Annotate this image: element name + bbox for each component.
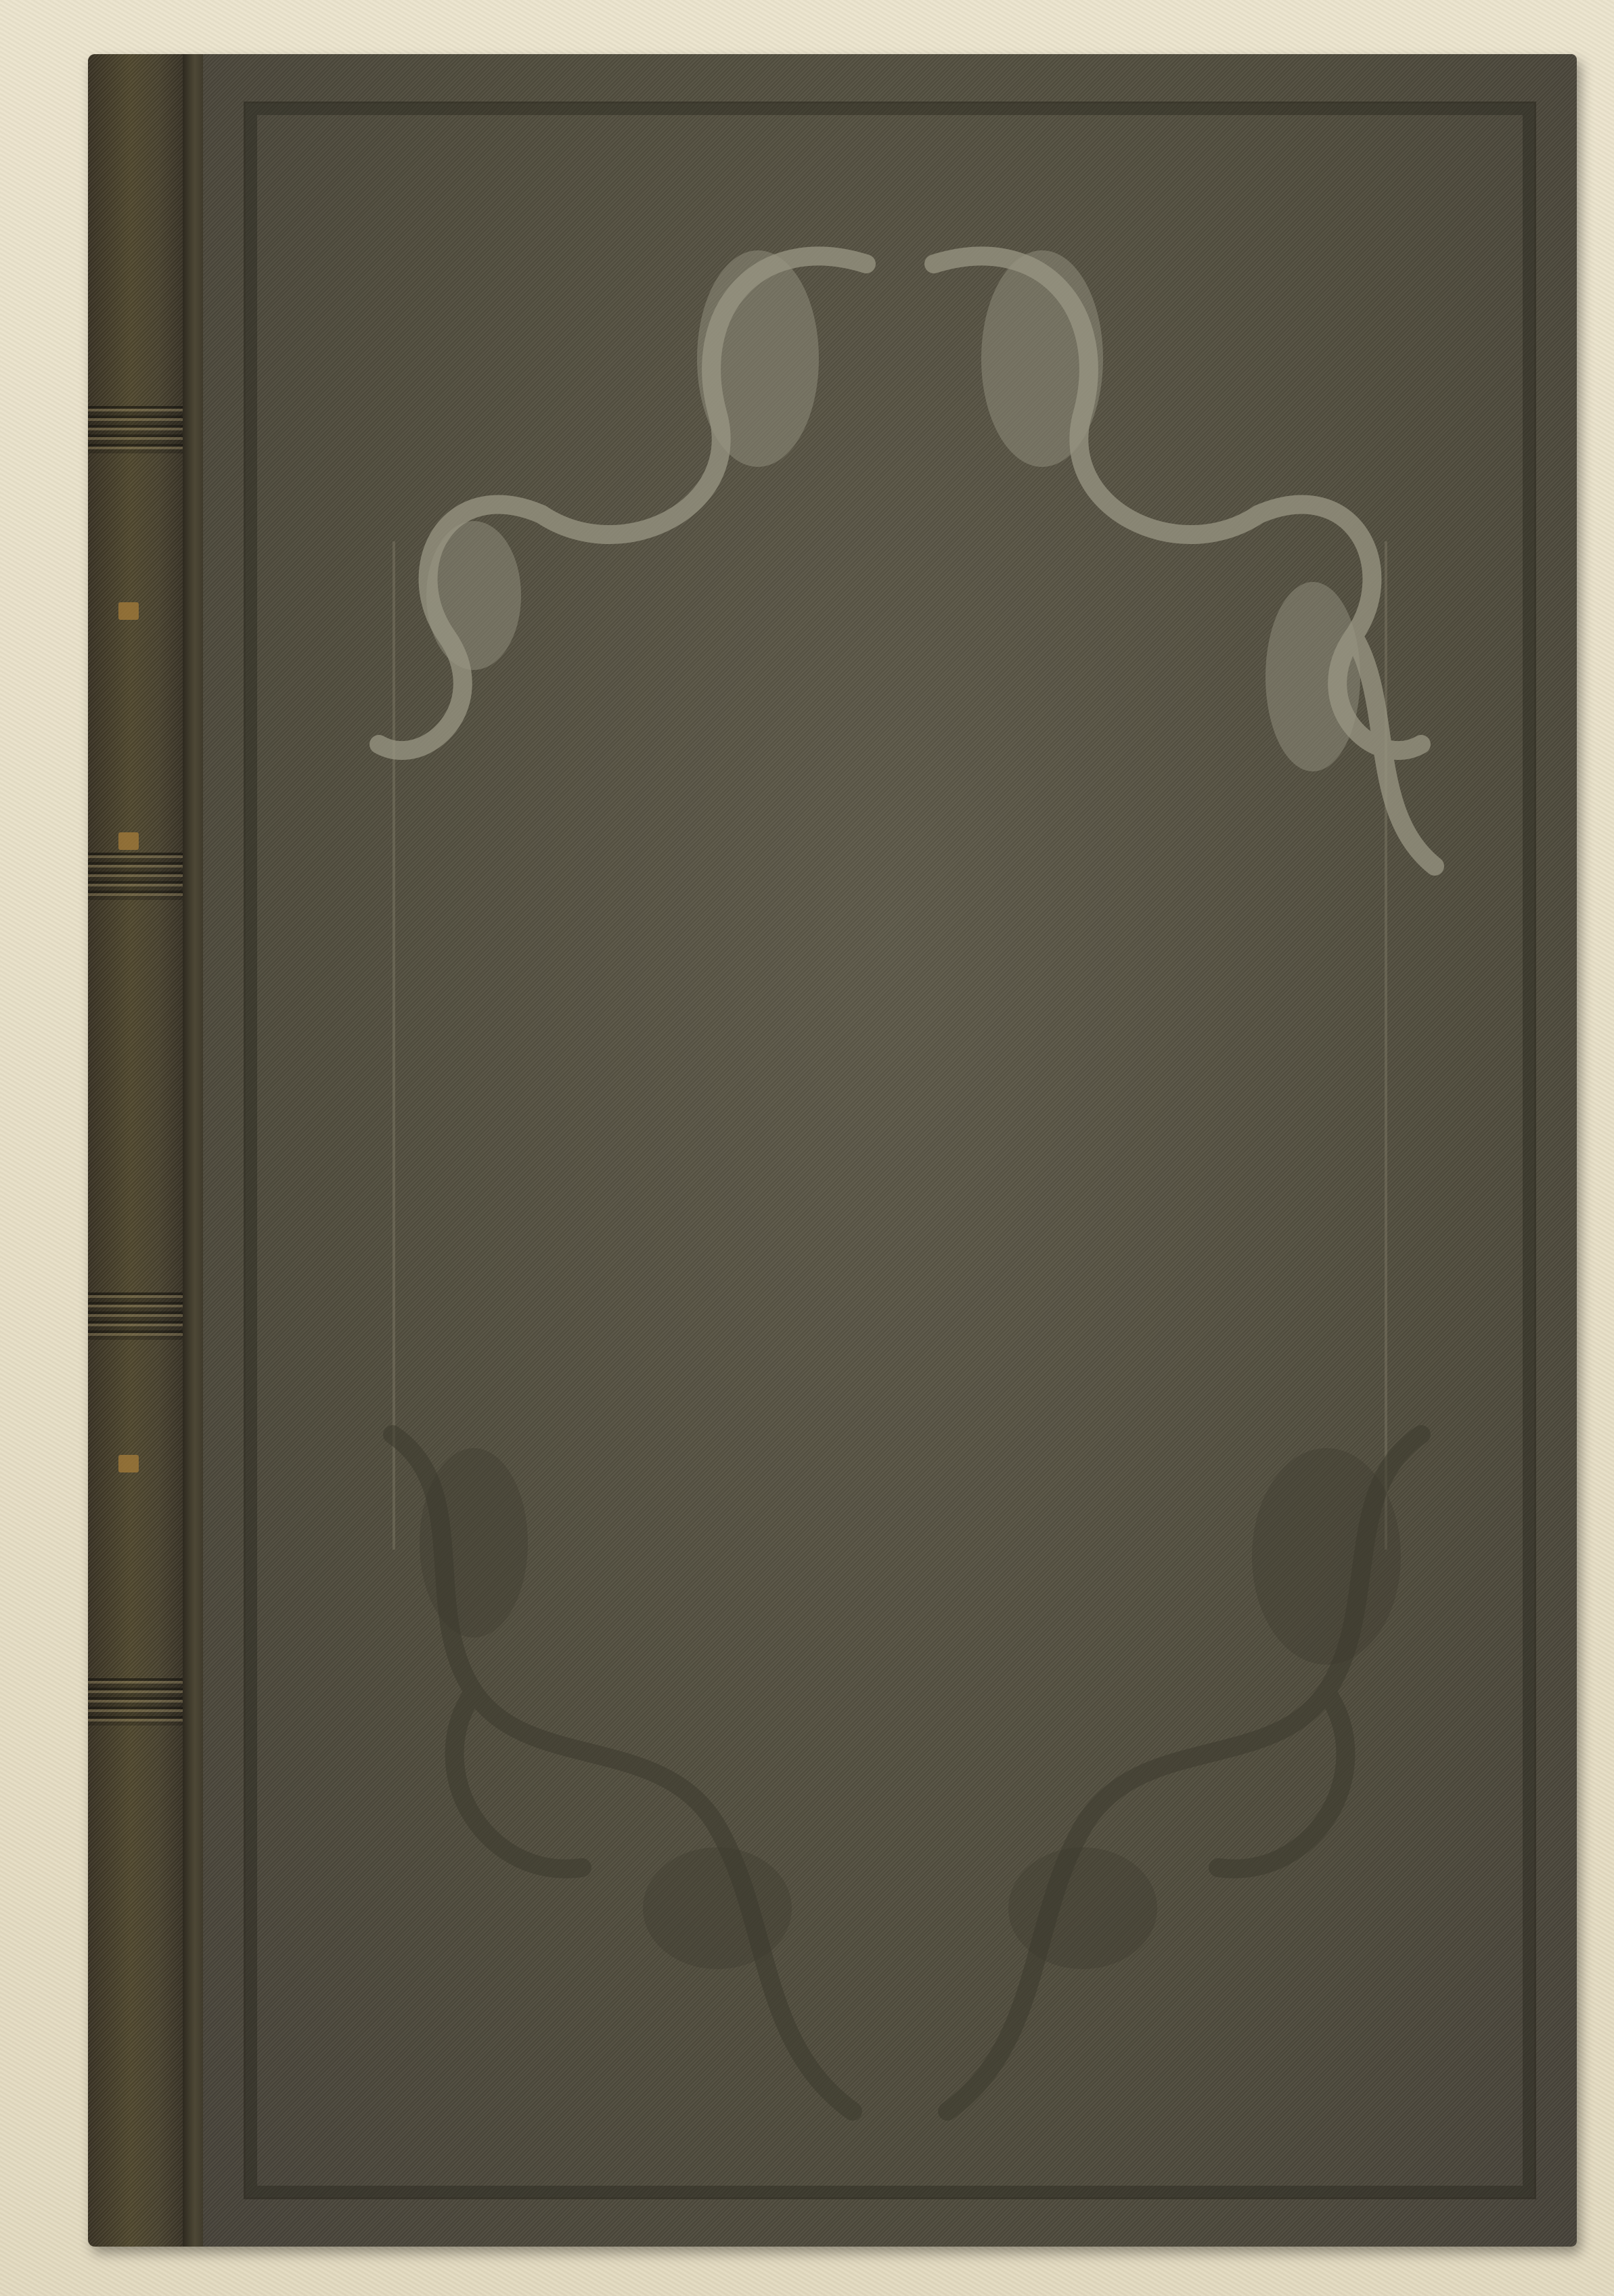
front-cover — [203, 54, 1577, 2247]
spine-gilt-lettering — [118, 1455, 139, 1472]
spine-band — [88, 1292, 183, 1340]
bottom-scroll-ornament-icon — [338, 1394, 1462, 2172]
book-hinge — [183, 54, 203, 2247]
spine-band — [88, 1678, 183, 1726]
book-spine — [88, 54, 183, 2247]
spine-gilt-lettering — [118, 602, 139, 620]
spine-band — [88, 853, 183, 900]
spine-gilt-lettering — [118, 832, 139, 850]
spine-band — [88, 406, 183, 453]
top-scroll-ornament-icon — [338, 189, 1462, 1001]
book — [88, 54, 1577, 2247]
